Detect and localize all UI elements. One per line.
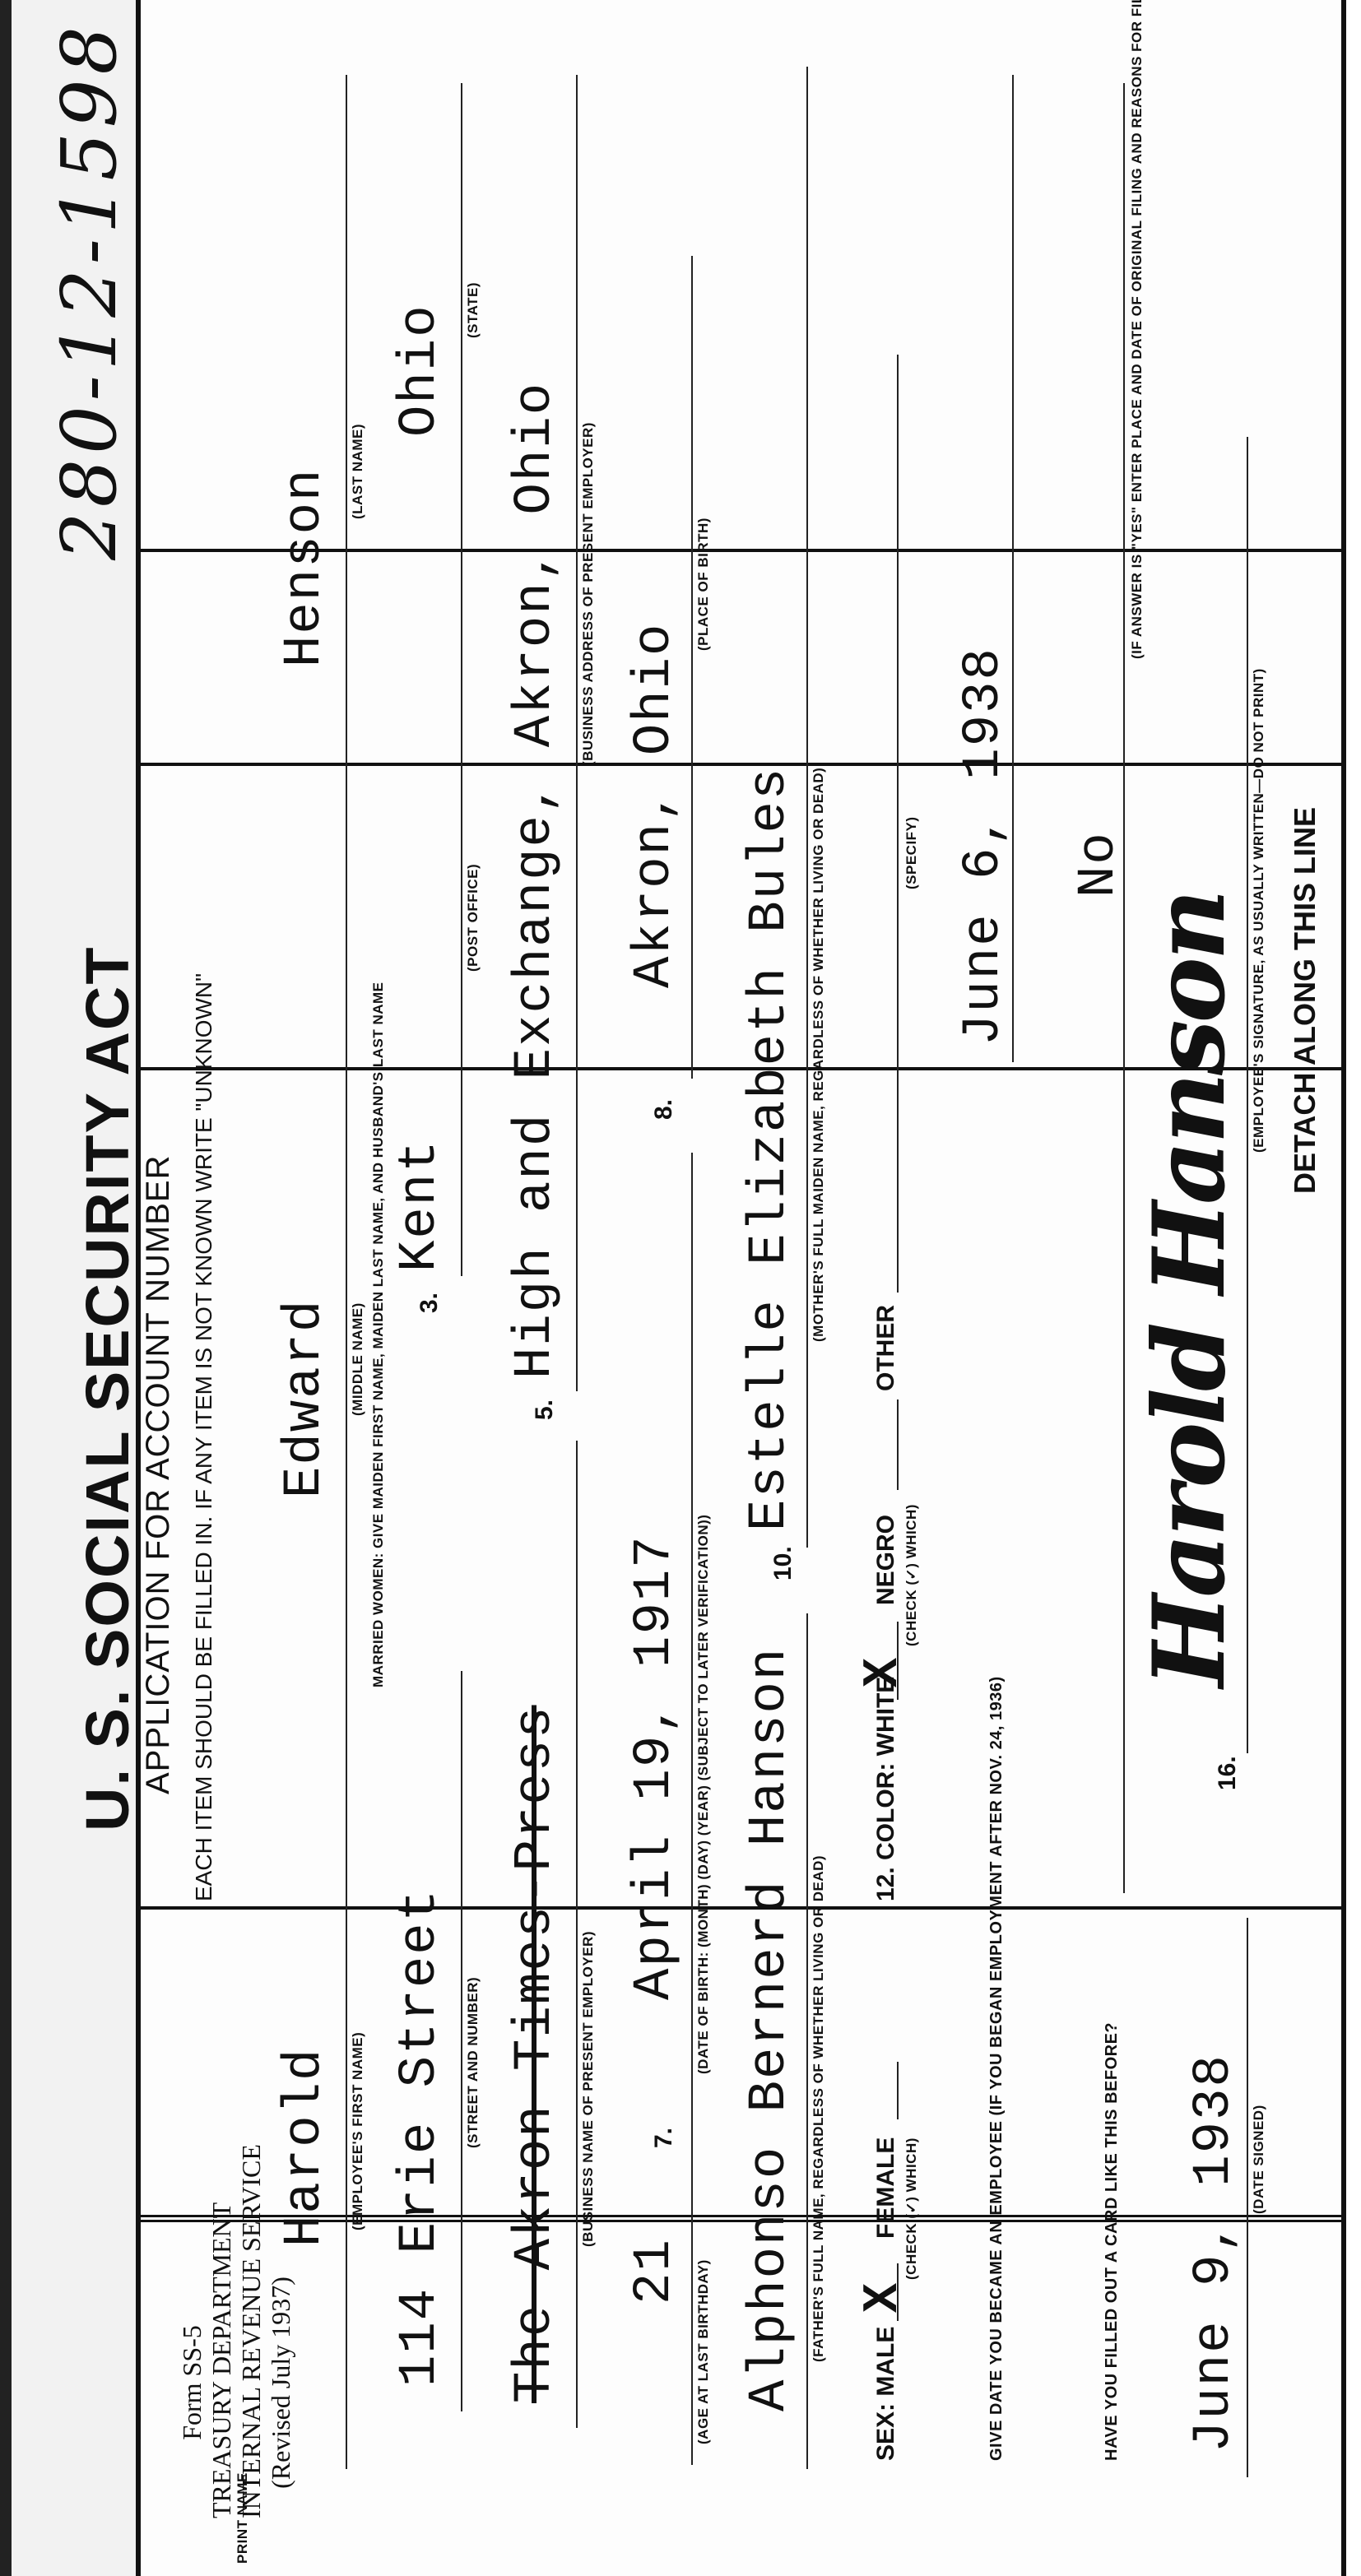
street-value[interactable]: 114 Erie Street <box>391 1888 450 2387</box>
sex-check-note: (CHECK (✓) WHICH) <box>903 2137 920 2280</box>
negro-blank <box>897 1399 899 1490</box>
street-label: (STREET AND NUMBER) <box>465 1977 481 2148</box>
color-white-mark[interactable]: X <box>856 1658 912 1687</box>
signature-number: 16. <box>1214 1756 1242 1790</box>
father-underline <box>806 1613 808 2469</box>
filled-before-value[interactable]: No <box>1070 831 1129 898</box>
place-of-birth-underline <box>691 256 693 1079</box>
female-blank <box>897 2062 899 2119</box>
first-name-value[interactable]: Harold <box>276 2048 335 2247</box>
date-signed-label: (DATE SIGNED) <box>1251 2105 1267 2214</box>
employer-address-label: (BUSINESS ADDRESS OF PRESENT EMPLOYER) <box>580 422 597 766</box>
instructions: EACH ITEM SHOULD BE FILLED IN. IF ANY IT… <box>191 973 217 1901</box>
handwritten-account-number: 280-12-1598 <box>45 21 133 560</box>
mother-name-label: (MOTHER'S FULL MAIDEN NAME, REGARDLESS O… <box>811 768 827 1342</box>
color-specify-note: (SPECIFY) <box>903 816 920 889</box>
color-check-note: (CHECK (✓) WHICH) <box>903 1504 920 1646</box>
mother-underline <box>806 67 808 1548</box>
employment-date-value[interactable]: June 6, 1938 <box>955 647 1014 1046</box>
other-blank <box>897 355 899 1293</box>
color-other-label: OTHER <box>872 1305 900 1391</box>
color-number: 12. <box>872 1867 900 1901</box>
color-negro-label: NEGRO <box>872 1515 900 1605</box>
employer-name-value[interactable]: The Akron Times-Press <box>506 1705 565 2403</box>
sex-label: SEX: MALE <box>872 2327 900 2461</box>
color-label: COLOR: WHITE <box>872 1677 900 1860</box>
employer-name-label: (BUSINESS NAME OF PRESENT EMPLOYER) <box>580 1931 597 2247</box>
form-number: Form SS-5 <box>177 2247 207 2518</box>
last-name-label: (LAST NAME) <box>350 424 366 519</box>
detach-line-text: DETACH ALONG THIS LINE <box>1288 807 1322 1194</box>
dob-value[interactable]: April 19, 1917 <box>625 1534 685 2000</box>
father-name-value[interactable]: Alphonso Bernerd Hanson <box>741 1647 800 2411</box>
age-value[interactable]: 21 <box>625 2238 685 2304</box>
street-underline <box>461 1671 462 2411</box>
mother-name-number: 10. <box>769 1546 797 1580</box>
middle-name-value[interactable]: Edward <box>276 1299 335 1498</box>
married-women-note: MARRIED WOMEN: GIVE MAIDEN FIRST NAME, M… <box>370 982 387 1687</box>
form-title: U. S. SOCIAL SECURITY ACT <box>72 945 142 1831</box>
place-of-birth-number: 8. <box>650 1099 678 1120</box>
place-of-birth-value[interactable]: Akron, Ohio <box>625 623 685 988</box>
employment-date-underline <box>1012 75 1014 1062</box>
revision: (Revised July 1937) <box>266 2247 295 2518</box>
form-subtitle: APPLICATION FOR ACCOUNT NUMBER <box>140 1155 177 1795</box>
employee-signature[interactable]: Harold Hanson <box>1131 892 1247 1687</box>
signature-label: (EMPLOYEE'S SIGNATURE, AS USUALLY WRITTE… <box>1251 668 1267 1153</box>
post-office-value[interactable]: Kent <box>391 1139 450 1272</box>
name-underline <box>346 1531 347 2469</box>
signature-underline <box>1247 437 1248 1753</box>
first-name-label: (EMPLOYEE'S FIRST NAME) <box>350 2032 366 2230</box>
date-signed-underline <box>1247 1918 1248 2477</box>
employer-address-number: 5. <box>531 1399 559 1420</box>
middle-name-underline <box>346 766 347 1531</box>
employer-address-value[interactable]: High and Exchange, Akron, Ohio <box>506 382 565 1379</box>
state-value[interactable]: Ohio <box>391 304 450 437</box>
print-name-label: PRINT NAME <box>235 2472 251 2564</box>
filled-before-note: (IF ANSWER IS "YES" ENTER PLACE AND DATE… <box>1129 0 1145 659</box>
dob-underline <box>691 1153 693 2082</box>
scan-bottom-edge <box>1341 0 1361 2576</box>
mother-name-value[interactable]: Estelle Elizabeth Bules <box>741 767 800 1531</box>
age-underline <box>691 2070 693 2465</box>
employer-underline <box>576 1441 578 2428</box>
sex-female-label: FEMALE <box>872 2137 900 2239</box>
dob-label: (DATE OF BIRTH: (MONTH) (DAY) (YEAR) (SU… <box>695 1515 712 2074</box>
last-name-underline <box>346 75 347 766</box>
last-name-value[interactable]: Henson <box>276 468 335 667</box>
post-office-label: (POST OFFICE) <box>465 864 481 972</box>
filled-before-label: HAVE YOU FILLED OUT A CARD LIKE THIS BEF… <box>1103 2022 1122 2461</box>
post-office-underline <box>461 453 462 1276</box>
place-of-birth-label: (PLACE OF BIRTH) <box>695 518 712 651</box>
male-blank <box>897 2263 899 2321</box>
state-label: (STATE) <box>465 282 481 338</box>
white-blank <box>897 1622 899 1700</box>
ss5-form-sheet: Form SS-5 TREASURY DEPARTMENT INTERNAL R… <box>0 0 1361 2576</box>
employer-address-underline <box>576 75 578 1391</box>
divider <box>136 763 1341 766</box>
dob-number: 7. <box>650 2128 678 2148</box>
state-underline <box>461 83 462 453</box>
divider <box>136 1906 1341 1910</box>
date-signed-value[interactable]: June 9, 1938 <box>1185 2054 1244 2453</box>
middle-name-label: (MIDDLE NAME) <box>350 1302 366 1416</box>
department: TREASURY DEPARTMENT <box>207 2247 236 2518</box>
filled-before-underline <box>1123 83 1125 1893</box>
age-label: (AGE AT LAST BIRTHDAY) <box>695 2259 712 2444</box>
post-office-number: 3. <box>416 1293 444 1313</box>
father-name-label: (FATHER'S FULL NAME, REGARDLESS OF WHETH… <box>811 1855 827 2362</box>
employment-date-label: GIVE DATE YOU BECAME AN EMPLOYEE (IF YOU… <box>987 1676 1006 2461</box>
sex-male-mark[interactable]: X <box>856 2283 912 2313</box>
